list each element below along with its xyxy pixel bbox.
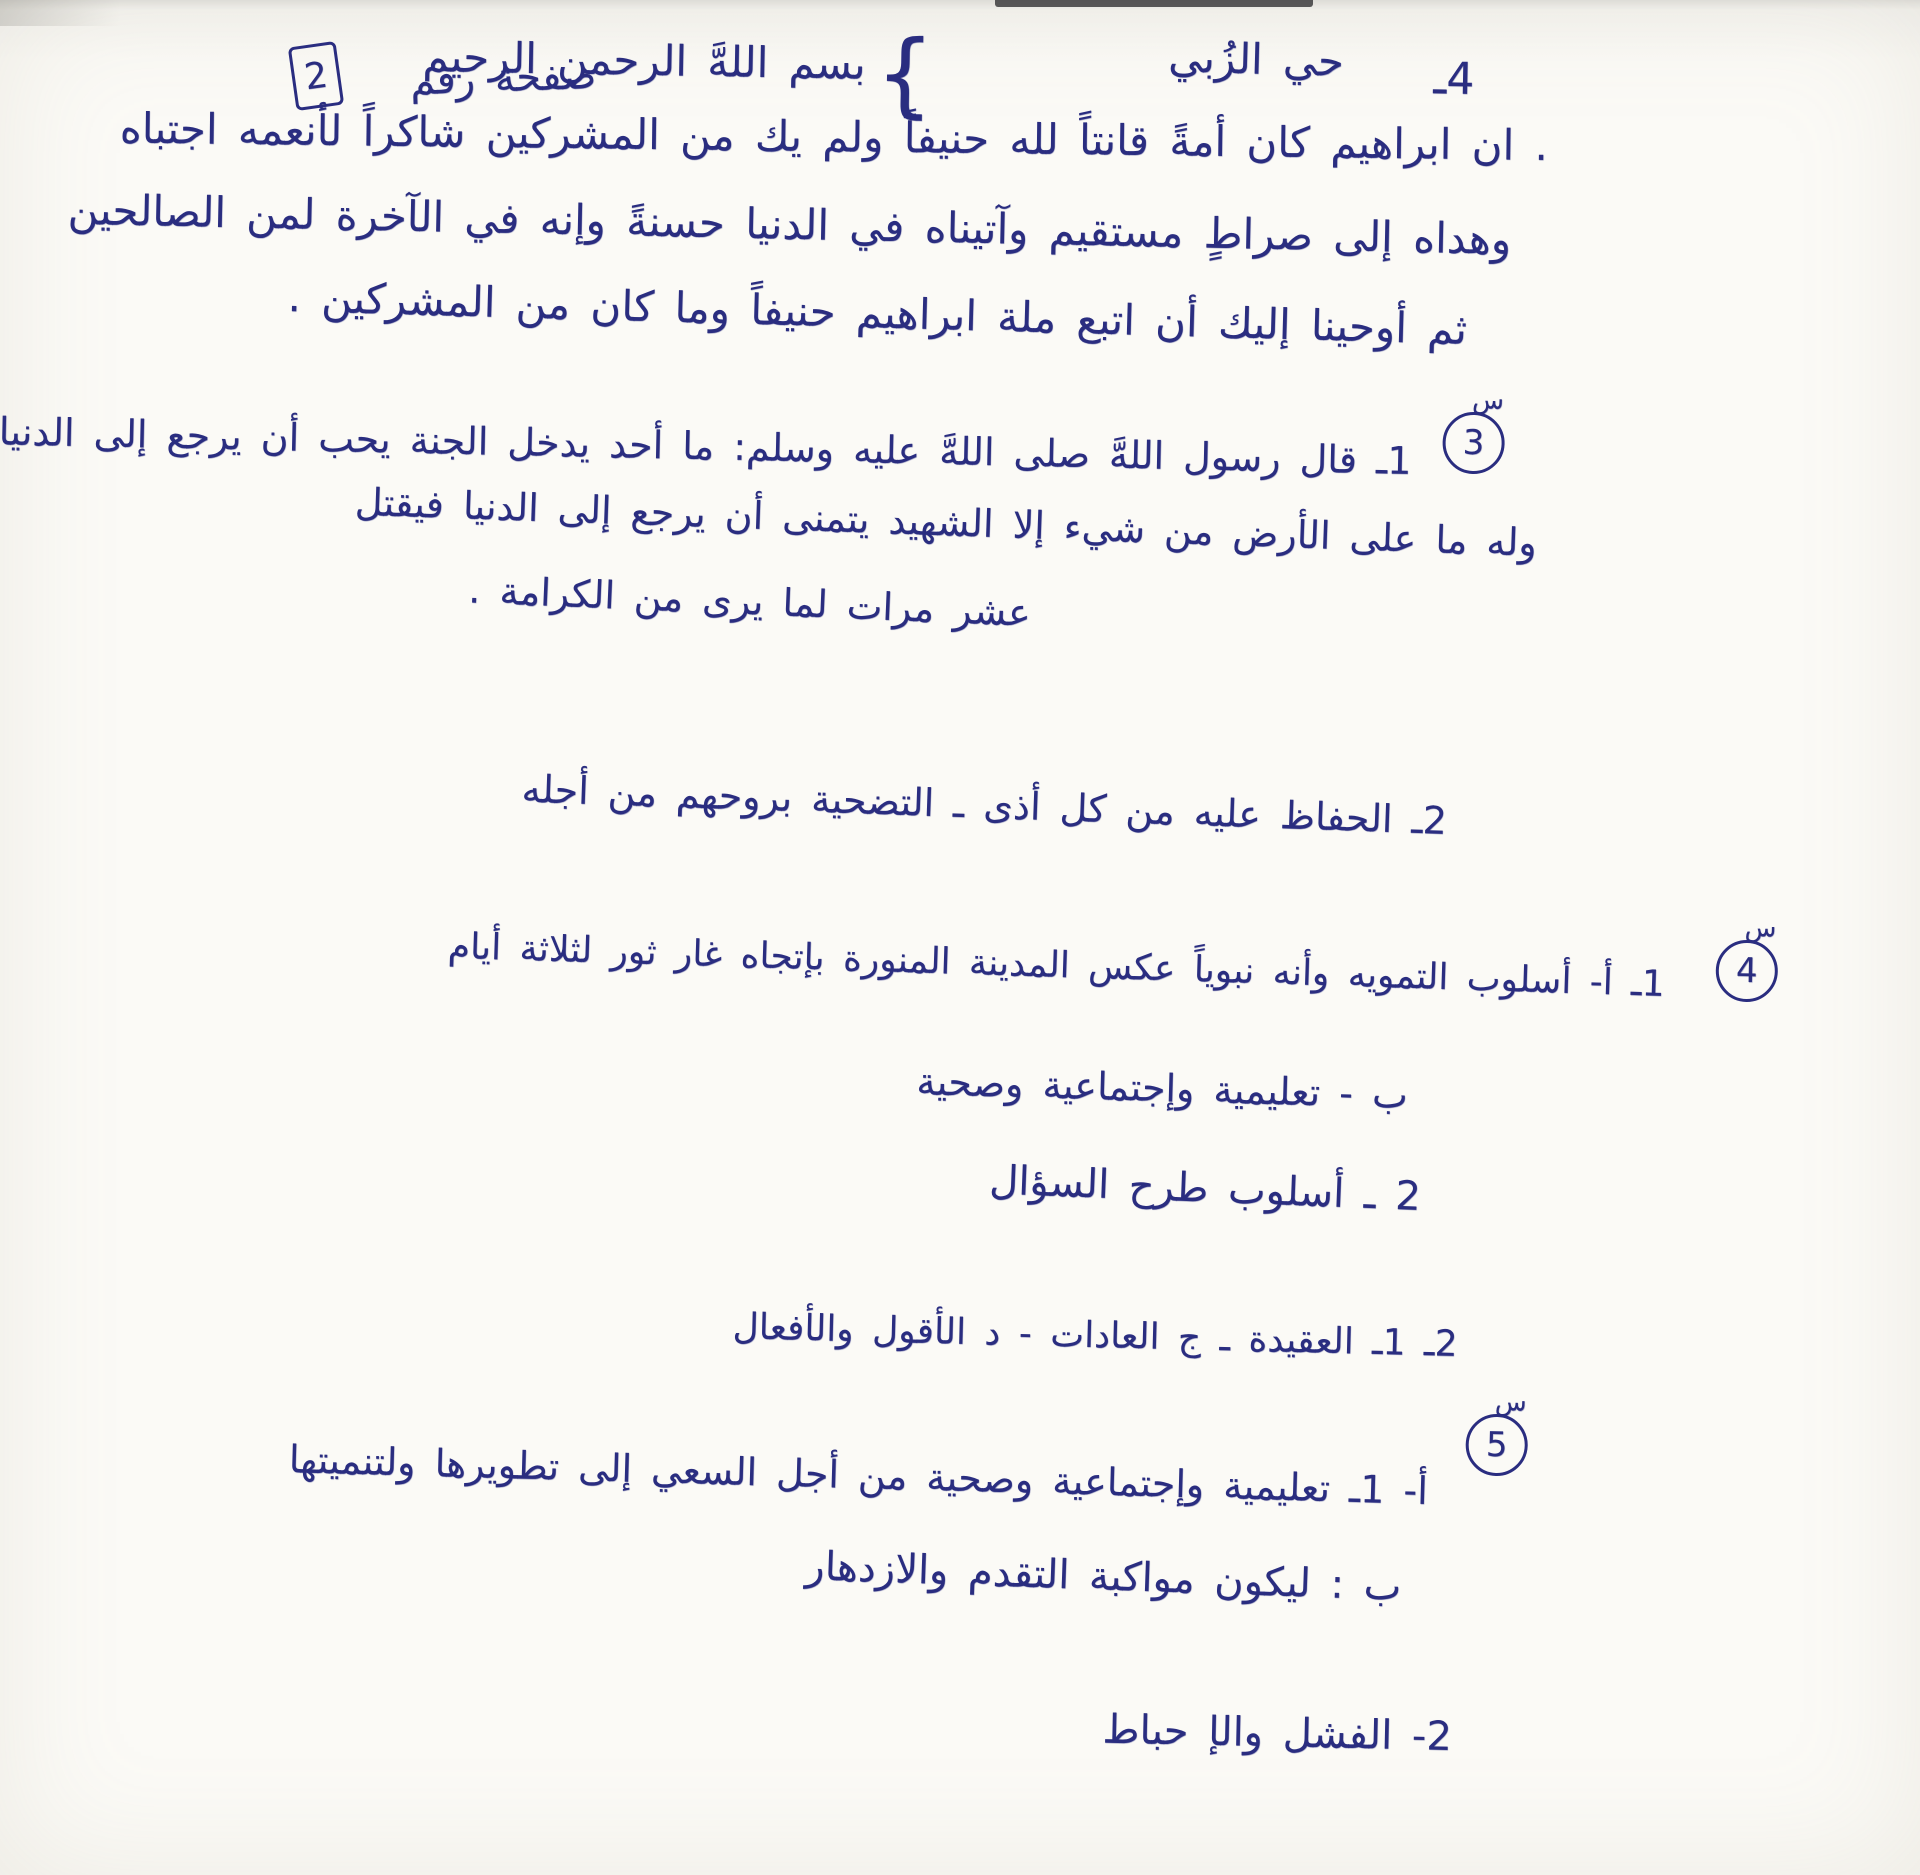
opening-brace: {	[875, 73, 934, 74]
answer-4-2: 2 ـ أسلوب طرح السؤال	[989, 1155, 1422, 1222]
page-title: حي الزُبي	[1168, 31, 1345, 88]
page-number-label: صفحة رقم	[409, 50, 597, 106]
verse-line-3: ثم أوحينا إليك أن اتبع ملة ابراهيم حنيفا…	[287, 271, 1468, 356]
question-4-marker: س 4	[1715, 917, 1778, 1002]
circled-number-4: 4	[1715, 939, 1778, 1002]
question-number-4: 4ـ	[1433, 51, 1475, 107]
answer-4-list: 2ـ 1ـ العقيدة ـ ج العادات - د الأقول وال…	[732, 1304, 1458, 1367]
answer-5-a: أ- 1ـ تعليمية وإجتماعية وصحية من أجل الس…	[288, 1436, 1428, 1515]
verse-line-2: وهداه إلى صراطٍ مستقيم وآتيناه في الدنيا…	[67, 184, 1512, 267]
hadith-line-1: 1ـ قال رسول اللهَّ صلى اللهَّ عليه وسلم:…	[0, 408, 1412, 485]
answer-5-2: 2- الفشل والإ حباط	[1102, 1705, 1452, 1762]
seen-label: س	[1742, 918, 1778, 939]
hadith-line-2: وله ما على الأرض من شيء إلا الشهيد يتمنى…	[355, 479, 1538, 568]
hadith-line-3: عشر مرات لما يرى من الكرامة .	[468, 566, 1032, 637]
scan-edge-artifact	[995, 0, 1313, 7]
answer-4-b: ب - تعليمية وإجتماعية وصحية	[915, 1058, 1408, 1119]
seen-label: س	[1470, 390, 1507, 411]
circled-number-3: 3	[1442, 411, 1506, 475]
seen-label: س	[1493, 1392, 1530, 1413]
circled-number-5: 5	[1465, 1413, 1529, 1477]
question-3-marker: س 3	[1442, 389, 1507, 475]
question-5-marker: س 5	[1465, 1391, 1529, 1477]
answer-5-b: ب : ليكون مواكبة التقدم والازدهار	[804, 1541, 1402, 1612]
handwritten-page: 4ـ حي الزُبي {بسم اللهَّ الرحمن الرحيم ص…	[0, 0, 1920, 1875]
answer-4-a: 1ـ أ- أسلوب التمويه وأنه نبوياً عكس المد…	[447, 924, 1665, 1007]
scan-corner-shade	[0, 0, 120, 26]
page-number-box: 2	[288, 41, 344, 111]
answer-3-2: 2ـ الحفاظ عليه من كل أذى ـ التضحية بروحه…	[521, 766, 1448, 846]
verse-line-1: . ان ابراهيم كان أمةً قانتاً لله حنيفاً …	[119, 103, 1548, 173]
